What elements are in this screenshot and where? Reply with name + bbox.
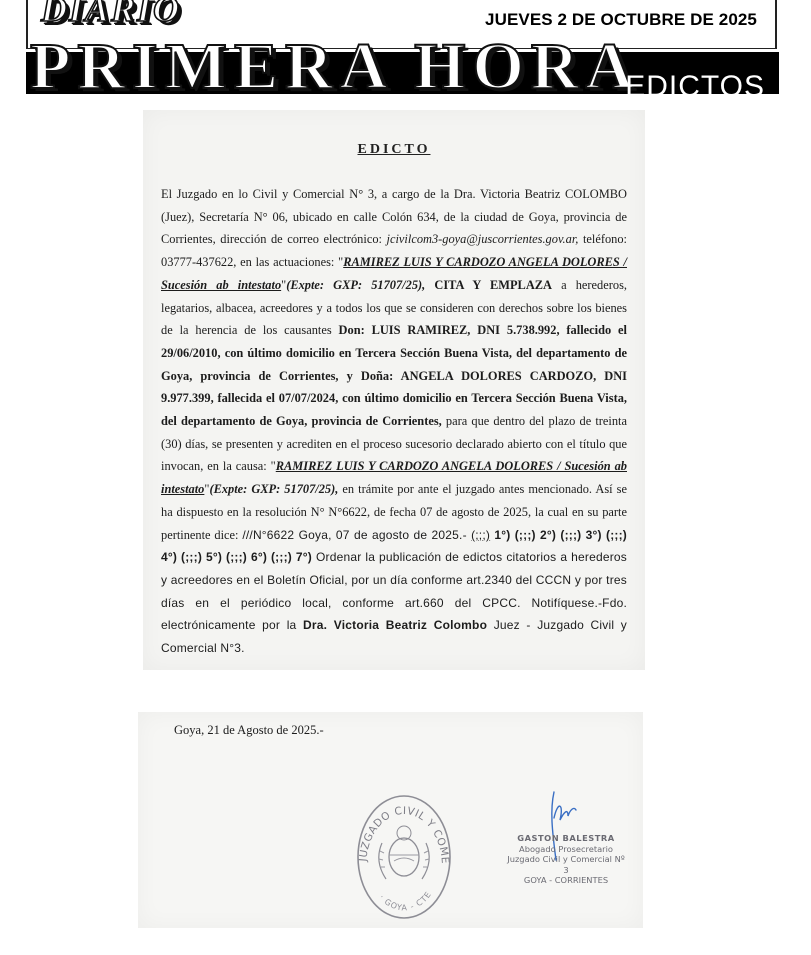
brand-main-title: PRIMERA HORA <box>30 34 640 96</box>
edict-title: EDICTO <box>143 142 645 158</box>
edict-signature-scan: Goya, 21 de Agosto de 2025.- JUZGADO CIV… <box>138 712 643 928</box>
text-run <box>425 278 434 292</box>
edict-scan-page: EDICTO El Juzgado en lo Civil y Comercia… <box>143 110 645 670</box>
case-file-number: (Expte: GXP: 51707/25), <box>286 278 425 292</box>
court-email: jcivilcom3-goya@juscorrientes.gov.ar, <box>387 232 579 246</box>
summons-phrase: CITA Y EMPLAZA <box>434 278 552 292</box>
edict-paragraph: El Juzgado en lo Civil y Comercial N° 3,… <box>161 183 627 660</box>
signature-stamp: GASTON BALESTRA Abogado Prosecretario Ju… <box>506 790 626 890</box>
judge-name: Dra. Victoria Beatriz Colombo <box>303 618 487 632</box>
stamp-name: GASTON BALESTRA <box>506 833 626 844</box>
place-and-date: Goya, 21 de Agosto de 2025.- <box>174 723 324 738</box>
brand-top-word: DIARIO <box>41 0 181 27</box>
section-label: EDICTOS <box>625 72 765 94</box>
resolution-ellipsis: (;;;) <box>471 528 490 542</box>
stamp-text-block: GASTON BALESTRA Abogado Prosecretario Ju… <box>506 833 626 886</box>
resolution-header: ///N°6622 Goya, 07 de agosto de 2025.- <box>242 528 471 542</box>
edict-body: El Juzgado en lo Civil y Comercial N° 3,… <box>161 183 627 660</box>
stamp-court: Juzgado Civil y Comercial Nº 3 <box>506 854 626 875</box>
svg-text:JUZGADO CIVIL Y COMERCIAL Nº 3: JUZGADO CIVIL Y COMERCIAL Nº 3 <box>354 791 451 864</box>
issue-date: JUEVES 2 DE OCTUBRE DE 2025 <box>485 10 757 30</box>
case-file-number-repeat: (Expte: GXP: 51707/25), <box>209 482 338 496</box>
decedents-details: Don: LUIS RAMIREZ, DNI 5.738.992, fallec… <box>161 323 627 428</box>
stamp-title: Abogado Prosecretario <box>506 844 626 855</box>
seal-ring-text: JUZGADO CIVIL Y COMERCIAL Nº 3 <box>354 791 451 864</box>
newspaper-masthead: DIARIO JUEVES 2 DE OCTUBRE DE 2025 PRIME… <box>26 0 779 96</box>
court-seal-icon: JUZGADO CIVIL Y COMERCIAL Nº 3 · GOYA - … <box>354 791 454 921</box>
stamp-location: GOYA - CORRIENTES <box>506 875 626 886</box>
